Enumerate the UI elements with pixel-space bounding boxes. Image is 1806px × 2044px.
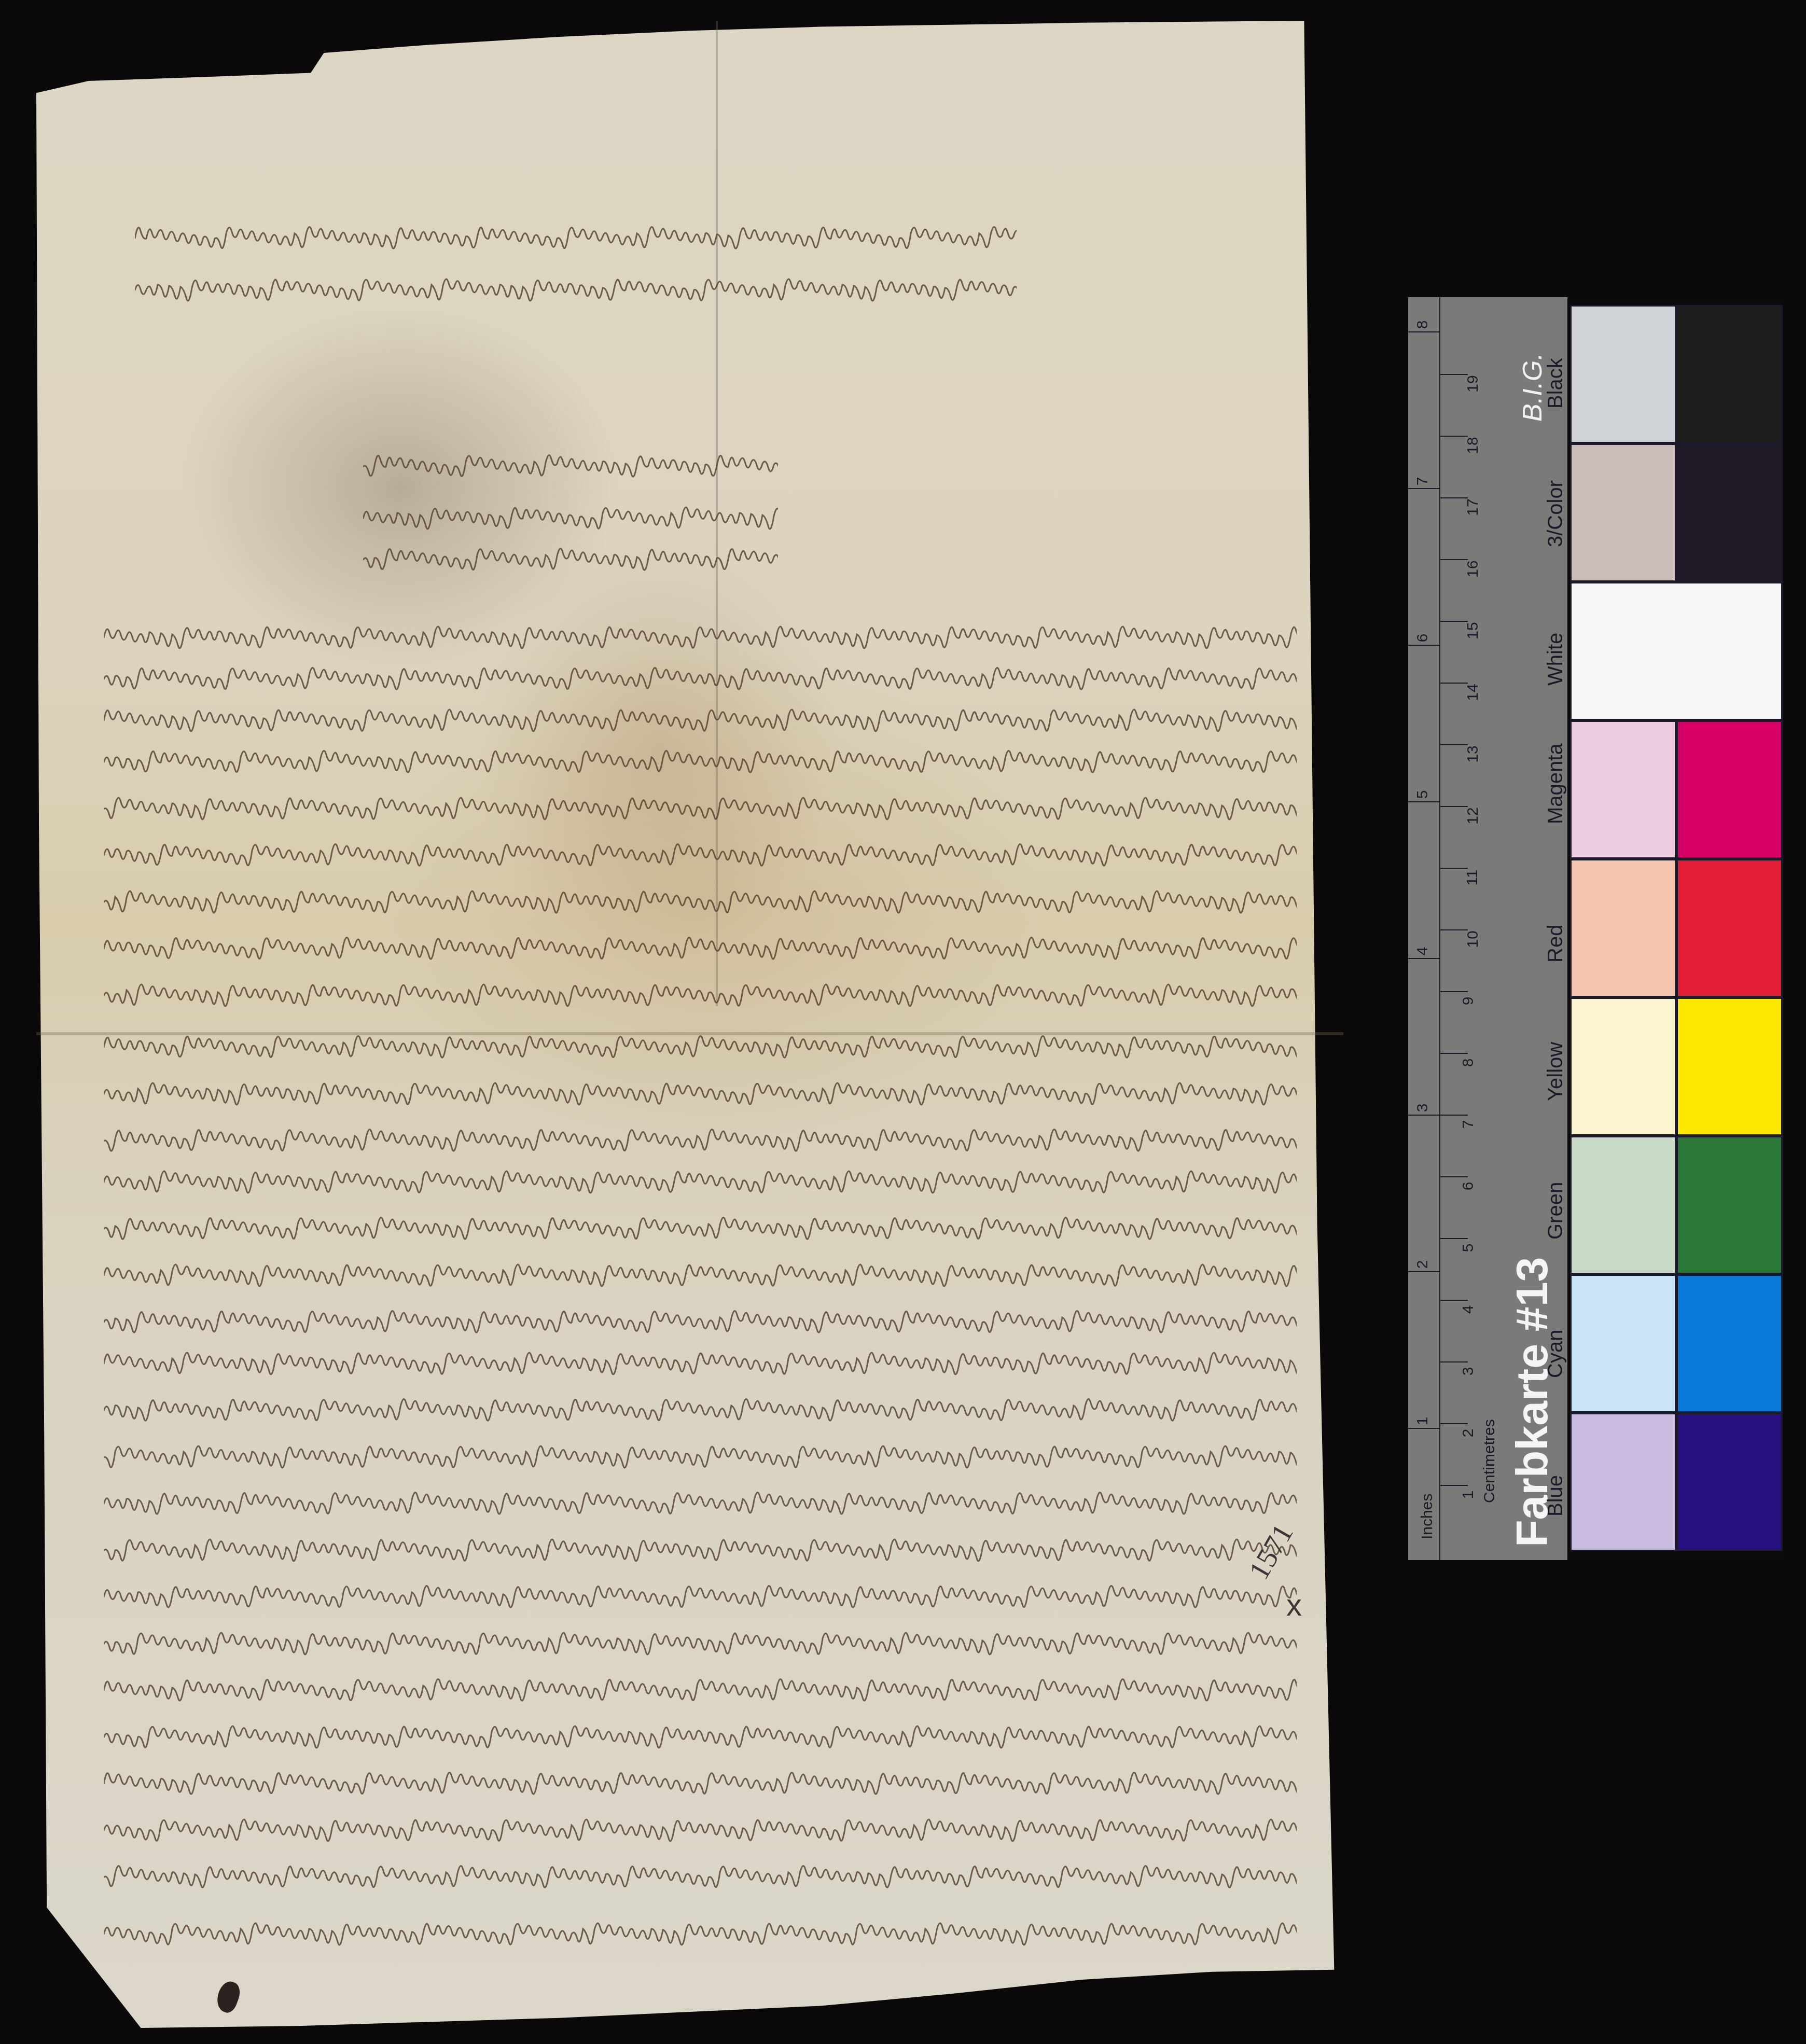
ruler: 1234567891011121314151617181912345678 B.… [1408, 297, 1567, 1560]
cm-tick-label: 5 [1460, 1244, 1477, 1253]
inch-tick-label: 2 [1414, 1260, 1432, 1269]
handwriting-line [104, 1343, 1297, 1380]
inch-tick-label: 5 [1414, 790, 1432, 799]
patch-light-magenta [1570, 720, 1676, 859]
patch-light-red [1570, 859, 1676, 997]
cm-tick-label: 6 [1460, 1182, 1477, 1191]
inch-tick-label: 3 [1414, 1104, 1432, 1113]
handwriting-line [104, 1255, 1297, 1291]
patch-label-yellow: Yellow [1544, 1042, 1567, 1101]
cm-tick-label: 17 [1464, 498, 1482, 516]
cm-tick [1439, 991, 1468, 992]
handwriting-line [104, 1810, 1297, 1846]
handwriting-line [104, 835, 1297, 871]
cm-tick-label: 7 [1460, 1120, 1477, 1129]
cm-tick [1439, 1423, 1468, 1424]
inch-tick-label: 6 [1414, 634, 1432, 643]
handwriting-line [104, 1857, 1297, 1893]
patch-label-white: White [1544, 633, 1567, 686]
patch-light-yellow [1570, 997, 1676, 1136]
cm-tick-label: 16 [1464, 560, 1482, 577]
handwriting-line [135, 218, 1017, 254]
handwriting-line [104, 1623, 1297, 1660]
cm-tick [1439, 1300, 1468, 1301]
handwriting-line [104, 1437, 1297, 1473]
inch-tick [1408, 1428, 1439, 1429]
inch-tick-label: 1 [1414, 1417, 1432, 1426]
inch-tick [1408, 801, 1439, 802]
patch-dark-black [1676, 305, 1783, 443]
patch-dark-magenta [1676, 720, 1783, 859]
handwriting-line [104, 1027, 1297, 1063]
cm-tick [1439, 1361, 1468, 1362]
inch-tick [1408, 1271, 1439, 1272]
inch-tick [1408, 958, 1439, 959]
handwriting-line [104, 1914, 1297, 1950]
patch-dark-blue [1676, 1413, 1783, 1551]
handwriting-line [104, 700, 1297, 736]
inch-tick [1408, 331, 1439, 332]
inch-tick [1408, 645, 1439, 646]
cm-tick-label: 14 [1464, 684, 1482, 701]
centimetres-label: Centimetres [1481, 1419, 1498, 1503]
brand-logo: B.I.G. [1517, 353, 1548, 422]
inch-tick [1408, 488, 1439, 489]
handwriting-line [363, 446, 778, 482]
handwriting-line [104, 1577, 1297, 1613]
handwriting-line [104, 1302, 1297, 1338]
cm-tick-label: 18 [1464, 437, 1482, 454]
inch-tick-label: 7 [1414, 477, 1432, 486]
cm-tick-label: 1 [1460, 1491, 1477, 1499]
cm-tick-label: 11 [1464, 869, 1481, 885]
handwriting-line [104, 788, 1297, 825]
color-calibration-card: 1234567891011121314151617181912345678 B.… [1408, 297, 1784, 1560]
handwriting-line [104, 1074, 1297, 1110]
handwriting-line [104, 1530, 1297, 1566]
cm-tick [1439, 1238, 1468, 1239]
archival-mark: x [1286, 1587, 1302, 1623]
handwriting-line [104, 1670, 1297, 1706]
inch-tick [1408, 1115, 1439, 1116]
patch-light-blue [1570, 1413, 1676, 1551]
cm-tick-label: 9 [1460, 997, 1477, 1006]
handwriting-line [104, 1483, 1297, 1520]
cm-tick-label: 12 [1464, 807, 1482, 824]
cm-tick [1439, 1485, 1468, 1486]
patch-label-cyan: Cyan [1544, 1330, 1567, 1378]
patch-label-blue: Blue [1544, 1475, 1567, 1517]
patch-dark-yellow [1676, 997, 1783, 1136]
inches-label: Inches [1419, 1494, 1436, 1539]
cm-tick [1439, 1053, 1468, 1054]
cm-tick-label: 8 [1460, 1059, 1477, 1067]
patch-dark-3-color [1676, 443, 1783, 582]
patch-label-red: Red [1544, 925, 1567, 963]
patch-light-green [1570, 1136, 1676, 1274]
handwriting-line [104, 1162, 1297, 1198]
patch-label-3-color: 3/Color [1544, 480, 1567, 547]
patch-dark-cyan [1676, 1274, 1783, 1413]
inch-tick-label: 8 [1414, 321, 1432, 329]
patch-label-green: Green [1544, 1182, 1567, 1240]
patch-label-black: Black [1544, 358, 1567, 409]
inch-tick-label: 4 [1414, 947, 1432, 956]
handwriting-line [104, 882, 1297, 918]
handwriting-line [363, 498, 778, 534]
patch-light-black [1570, 305, 1676, 443]
handwriting-line [104, 1717, 1297, 1753]
cm-tick-label: 15 [1464, 622, 1482, 639]
handwriting-line [363, 539, 778, 576]
handwriting-line [104, 659, 1297, 695]
patch-dark-green [1676, 1136, 1783, 1274]
patch-light-3-color [1570, 443, 1676, 582]
cm-tick-label: 13 [1464, 745, 1482, 762]
handwriting-line [104, 928, 1297, 965]
handwriting-line [104, 975, 1297, 1011]
inch-scale [1408, 297, 1440, 1560]
cm-tick-label: 2 [1460, 1429, 1477, 1438]
patch-white [1570, 582, 1783, 720]
handwriting-line [104, 1120, 1297, 1157]
patch-dark-red [1676, 859, 1783, 997]
cm-tick [1439, 868, 1468, 869]
handwriting-line [104, 1390, 1297, 1426]
cm-tick-label: 10 [1464, 930, 1482, 948]
cm-tick-label: 3 [1460, 1367, 1477, 1376]
handwriting-line [104, 1208, 1297, 1245]
handwriting-line [104, 1763, 1297, 1800]
cm-tick-label: 19 [1464, 375, 1482, 392]
cm-tick [1439, 1176, 1468, 1177]
cm-tick [1439, 1115, 1468, 1116]
handwriting-line [104, 742, 1297, 778]
patch-light-cyan [1570, 1274, 1676, 1413]
handwriting-line [135, 270, 1017, 306]
cm-tick-label: 4 [1460, 1305, 1477, 1314]
patch-label-magenta: Magenta [1544, 743, 1567, 824]
handwriting-line [104, 617, 1297, 653]
